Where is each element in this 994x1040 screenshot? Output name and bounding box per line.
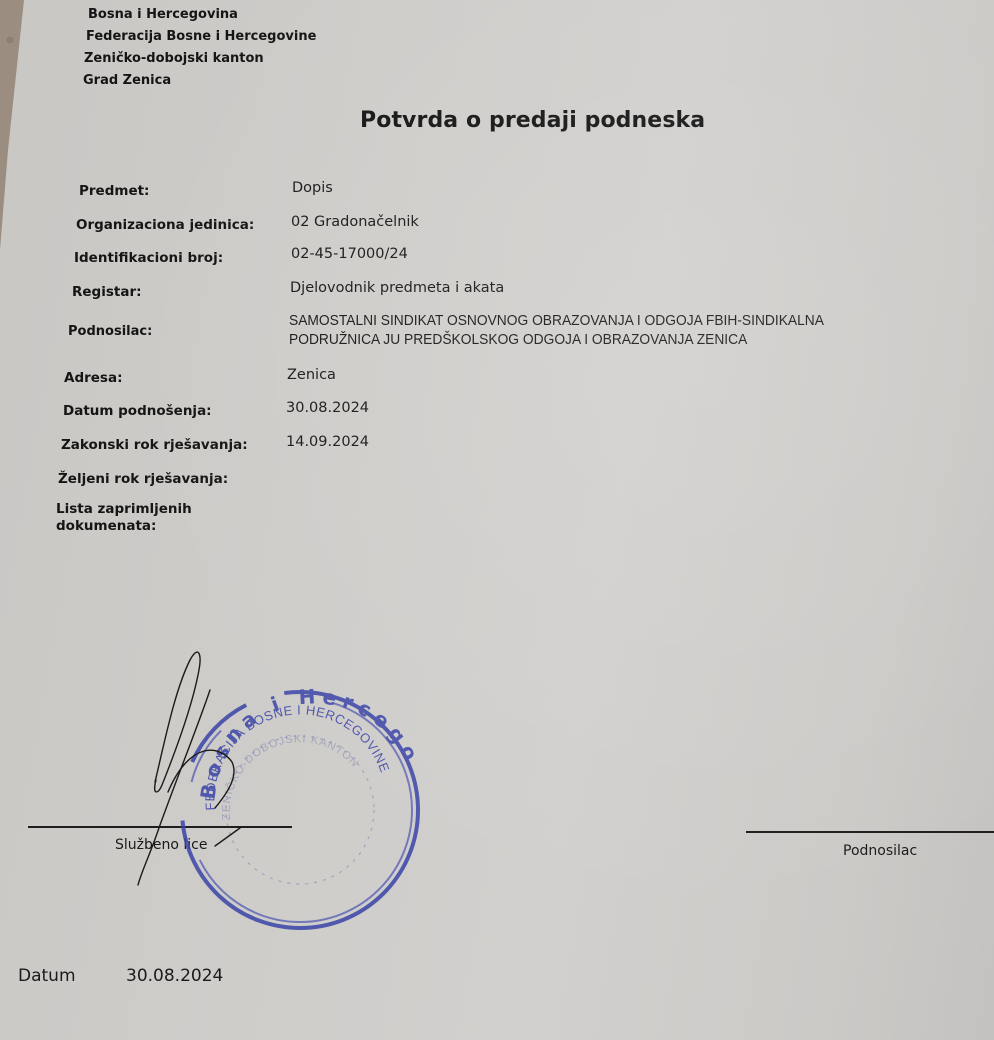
footer-date-label: Datum: [18, 966, 76, 986]
stamp-outer-text: Bosna i Hercegovina: [0, 0, 425, 801]
official-stamp: Bosna i Hercegovina FEDERACIJA BOSNE I H…: [0, 0, 425, 928]
document-page: Bosna i Hercegovina Federacija Bosne i H…: [0, 0, 994, 1040]
footer-date-value: 30.08.2024: [126, 966, 223, 986]
stamp-inner-text-2: ZENIČKO-DOBOJSKI KANTON: [220, 733, 361, 821]
stamp-and-signature: Bosna i Hercegovina FEDERACIJA BOSNE I H…: [0, 0, 994, 1040]
